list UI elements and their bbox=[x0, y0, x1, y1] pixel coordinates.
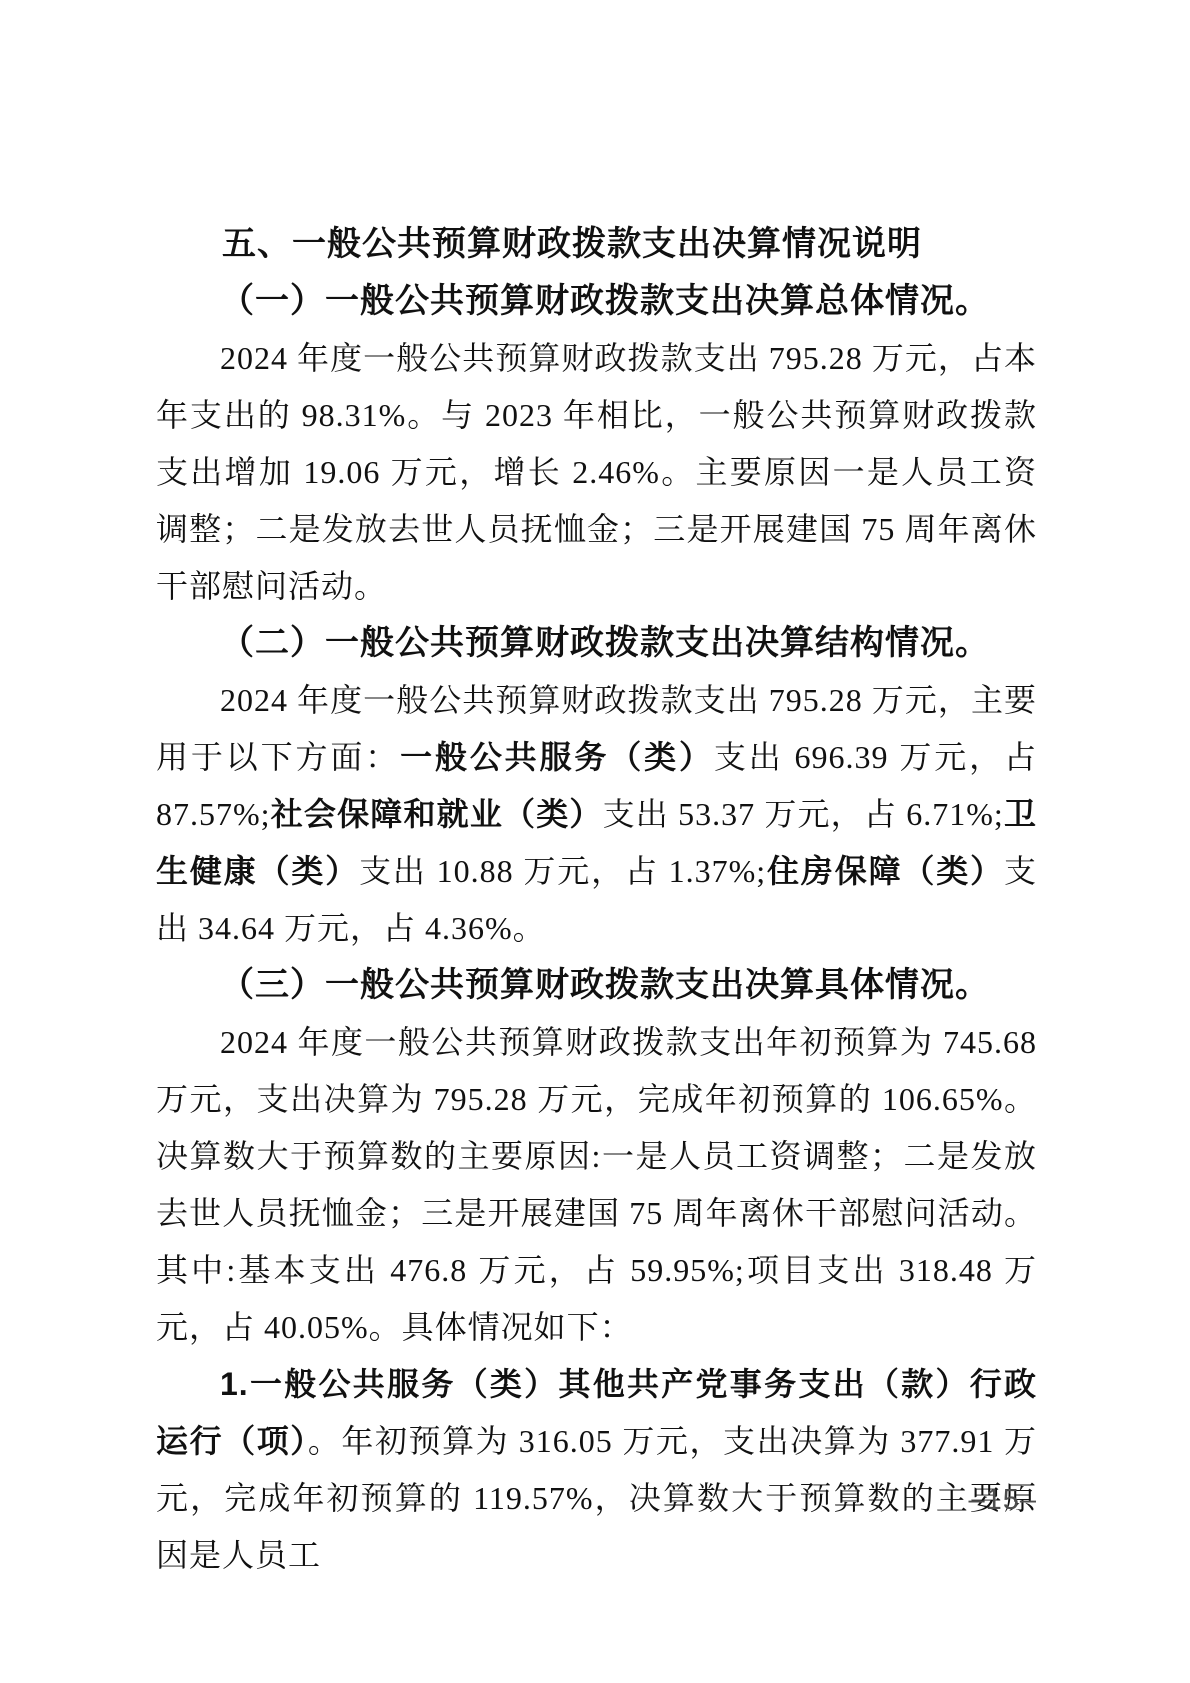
document-content: 五、一般公共预算财政拨款支出决算情况说明 （一）一般公共预算财政拨款支出决算总体… bbox=[156, 216, 1037, 1584]
category-social-security-employment: 社会保障和就业（类） bbox=[271, 796, 603, 832]
subheading-overall-situation: （一）一般公共预算财政拨款支出决算总体情况。 bbox=[156, 273, 1037, 330]
paragraph-specific-situation: 2024 年度一般公共预算财政拨款支出年初预算为 745.68 万元，支出决算为… bbox=[156, 1014, 1037, 1356]
paragraph-overall-situation: 2024 年度一般公共预算财政拨款支出 795.28 万元，占本年支出的 98.… bbox=[156, 330, 1037, 615]
subheading-specific-situation: （三）一般公共预算财政拨款支出决算具体情况。 bbox=[156, 957, 1037, 1014]
paragraph-item-1: 1.一般公共服务（类）其他共产党事务支出（款）行政运行（项）。年初预算为 316… bbox=[156, 1356, 1037, 1584]
page-number: –15– bbox=[156, 1482, 1037, 1518]
section-heading: 五、一般公共预算财政拨款支出决算情况说明 bbox=[156, 216, 1037, 273]
text-run: 支出 10.88 万元，占 1.37%; bbox=[359, 853, 766, 889]
subheading-structure-situation: （二）一般公共预算财政拨款支出决算结构情况。 bbox=[156, 615, 1037, 672]
document-page: 五、一般公共预算财政拨款支出决算情况说明 （一）一般公共预算财政拨款支出决算总体… bbox=[0, 0, 1190, 1683]
category-housing-security: 住房保障（类） bbox=[766, 853, 1004, 889]
category-general-public-services: 一般公共服务（类） bbox=[400, 739, 714, 775]
text-run: 支出 53.37 万元，占 6.71%; bbox=[603, 796, 1004, 832]
paragraph-structure-situation: 2024 年度一般公共预算财政拨款支出 795.28 万元，主要用于以下方面：一… bbox=[156, 672, 1037, 957]
